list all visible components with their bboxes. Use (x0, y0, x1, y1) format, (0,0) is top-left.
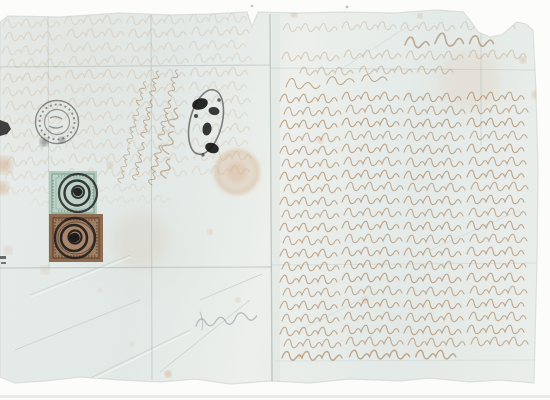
scan-edge-band (0, 395, 550, 398)
green-stamp (49, 171, 97, 216)
dust-speck (346, 6, 349, 9)
dust-speck (251, 5, 253, 7)
letter-artwork (0, 0, 550, 400)
scan-canvas: Scanned historical folded letter, handwr… (0, 0, 550, 400)
red-circular-postmark (215, 150, 259, 194)
brown-stamp (49, 214, 103, 262)
